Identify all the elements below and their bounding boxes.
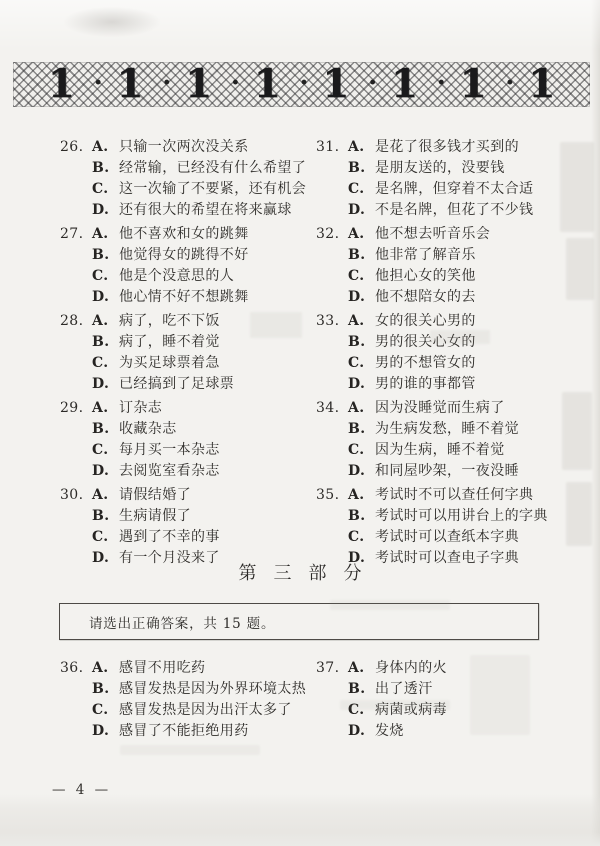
show-through-mark [566,238,594,300]
band-unit: 1 · [302,62,371,107]
question-number: 36. [60,658,92,679]
questions-top-section: 26. A. 只输一次两次没关系 B. 经常输，已经没有什么希望了 C. 这一次… [0,137,600,572]
option-label: A. [348,137,375,158]
option-text: 他担心女的笑他 [375,266,476,287]
option-label: D. [348,200,375,221]
option-text: 女的很关心男的 [375,311,476,332]
option-row: 37. A. 身体内的火 [316,658,600,679]
option-label: C. [92,353,119,374]
option-text: 他不喜欢和女的跳舞 [119,224,249,245]
option-text: 他非常了解音乐 [375,245,476,266]
question-number-spacer [60,200,92,221]
option-text: 男的不想管女的 [375,353,476,374]
question-number-spacer [316,506,348,527]
option-text: 他觉得女的跳得不好 [119,245,249,266]
option-label: B. [348,332,375,353]
option-row: 36. A. 感冒不用吃药 [60,658,300,679]
option-label: C. [92,179,119,200]
option-text: 经常输，已经没有什么希望了 [119,158,306,179]
option-label: B. [348,158,375,179]
option-row: C. 为买足球票着急 [60,353,300,374]
option-row: C. 因为生病，睡不着觉 [316,440,600,461]
question-number-spacer [60,527,92,548]
question-number-spacer [60,506,92,527]
option-text: 请假结婚了 [119,485,191,506]
part-three-heading: 第三部分 [0,559,600,585]
option-text: 他不想陪女的去 [375,287,476,308]
option-row: 34. A. 因为没睡觉而生病了 [316,398,600,419]
option-label: C. [348,266,375,287]
question-number-spacer [60,374,92,395]
band-unit: 1 · [27,62,96,107]
band-unit: 1 · [370,62,439,107]
question-column-right: 31. A. 是花了很多钱才买到的 B. 是朋友送的，没要钱 C. 是名牌，但穿… [300,137,600,572]
band-digit: 1 [185,65,212,104]
question-number-spacer [60,679,92,700]
option-row: B. 为生病发愁，睡不着觉 [316,419,600,440]
option-row: 35. A. 考试时不可以查任何字典 [316,485,600,506]
option-text: 考试时不可以查任何字典 [375,485,533,506]
question-number-spacer [60,158,92,179]
option-label: A. [348,398,375,419]
option-label: B. [92,679,119,700]
question-number-spacer [316,679,348,700]
option-row: D. 和同屋吵架，一夜没睡 [316,461,600,482]
option-label: B. [92,245,119,266]
band-digit: 1 [116,65,143,104]
header-number-band: 1 · 1 · 1 · 1 · 1 · 1 [13,62,590,107]
question-number: 30. [60,485,92,506]
option-text: 收藏杂志 [119,419,177,440]
option-row: D. 他不想陪女的去 [316,287,600,308]
option-row: C. 他是个没意思的人 [60,266,300,287]
option-row: C. 考试时可以查纸本字典 [316,527,600,548]
option-text: 不是名牌，但花了不少钱 [375,200,533,221]
show-through-mark [120,745,260,755]
question-block: 36. A. 感冒不用吃药 B. 感冒发热是因为外界环境太热 C. 感冒发热是因… [60,658,300,742]
show-through-mark [330,600,450,610]
option-label: A. [92,658,119,679]
option-row: B. 经常输，已经没有什么希望了 [60,158,300,179]
show-through-mark [566,482,592,546]
option-row: C. 男的不想管女的 [316,353,600,374]
option-label: C. [92,527,119,548]
question-number: 31. [316,137,348,158]
option-text: 病了，吃不下饭 [119,311,220,332]
option-row: C. 感冒发热是因为出汗太多了 [60,700,300,721]
option-row: D. 去阅览室看杂志 [60,461,300,482]
option-text: 只输一次两次没关系 [119,137,249,158]
option-label: B. [348,506,375,527]
option-row: C. 每月买一本杂志 [60,440,300,461]
band-unit: 1 · [96,62,165,107]
option-label: A. [348,658,375,679]
question-number-spacer [316,527,348,548]
option-label: C. [348,440,375,461]
option-text: 出了透汗 [375,679,433,700]
show-through-mark [340,700,450,710]
band-unit: 1 · [439,62,508,107]
option-row: B. 他非常了解音乐 [316,245,600,266]
option-row: D. 感冒了不能拒绝用药 [60,721,300,742]
option-label: B. [348,245,375,266]
option-label: A. [348,224,375,245]
question-number: 35. [316,485,348,506]
question-number-spacer [316,721,348,742]
option-label: A. [92,485,119,506]
question-number-spacer [316,287,348,308]
option-label: C. [92,440,119,461]
show-through-mark [430,330,490,344]
option-label: B. [92,419,119,440]
option-text: 和同屋吵架，一夜没睡 [375,461,519,482]
option-label: A. [348,485,375,506]
option-text: 为买足球票着急 [119,353,220,374]
question-number: 27. [60,224,92,245]
question-number: 33. [316,311,348,332]
option-row: B. 收藏杂志 [60,419,300,440]
band-digit: 1 [322,65,349,104]
option-label: C. [348,353,375,374]
question-number-spacer [316,353,348,374]
option-text: 感冒发热是因为出汗太多了 [119,700,292,721]
question-number: 29. [60,398,92,419]
option-row: D. 发烧 [316,721,600,742]
option-label: D. [92,721,119,742]
option-row: D. 男的谁的事都管 [316,374,600,395]
option-text: 每月买一本杂志 [119,440,220,461]
show-through-mark [470,655,530,735]
option-label: A. [92,311,119,332]
option-text: 是名牌，但穿着不太合适 [375,179,533,200]
option-text: 感冒发热是因为外界环境太热 [119,679,306,700]
option-row: D. 已经搞到了足球票 [60,374,300,395]
option-label: B. [348,679,375,700]
option-text: 他是个没意思的人 [119,266,234,287]
option-row: B. 生病请假了 [60,506,300,527]
question-block: 30. A. 请假结婚了 B. 生病请假了 C. 遇到了不幸的事 [60,485,300,569]
question-block: 26. A. 只输一次两次没关系 B. 经常输，已经没有什么希望了 C. 这一次… [60,137,300,221]
option-row: D. 他心情不好不想跳舞 [60,287,300,308]
option-text: 男的谁的事都管 [375,374,476,395]
option-text: 因为生病，睡不着觉 [375,440,505,461]
question-number-spacer [60,332,92,353]
option-row: C. 这一次输了不要紧，还有机会 [60,179,300,200]
option-label: D. [92,200,119,221]
option-text: 是花了很多钱才买到的 [375,137,519,158]
question-number-spacer [316,245,348,266]
option-text: 考试时可以查纸本字典 [375,527,519,548]
option-label: D. [348,461,375,482]
option-label: B. [92,506,119,527]
question-number-spacer [316,419,348,440]
question-column-left-bottom: 36. A. 感冒不用吃药 B. 感冒发热是因为外界环境太热 C. 感冒发热是因… [0,658,300,745]
question-number-spacer [316,461,348,482]
question-block: 27. A. 他不喜欢和女的跳舞 B. 他觉得女的跳得不好 C. 他是个没意思的… [60,224,300,308]
question-number: 34. [316,398,348,419]
option-label: A. [92,137,119,158]
option-label: D. [348,374,375,395]
question-number-spacer [60,461,92,482]
option-label: B. [92,332,119,353]
option-row: C. 遇到了不幸的事 [60,527,300,548]
question-number-spacer [60,245,92,266]
option-row: D. 还有很大的希望在将来赢球 [60,200,300,221]
question-block: 35. A. 考试时不可以查任何字典 B. 考试时可以用讲台上的字典 C. 考试… [316,485,600,569]
band-digit: 1 [459,65,486,104]
question-block: 34. A. 因为没睡觉而生病了 B. 为生病发愁，睡不着觉 C. 因为生病，睡… [316,398,600,482]
option-text: 生病请假了 [119,506,191,527]
option-text: 考试时可以用讲台上的字典 [375,506,548,527]
option-row: 30. A. 请假结婚了 [60,485,300,506]
scanned-test-page: 1 · 1 · 1 · 1 · 1 · 1 [0,0,600,846]
option-label: D. [92,374,119,395]
option-text: 是朋友送的，没要钱 [375,158,505,179]
show-through-mark [250,312,302,338]
option-label: B. [92,158,119,179]
option-row: 26. A. 只输一次两次没关系 [60,137,300,158]
option-row: B. 考试时可以用讲台上的字典 [316,506,600,527]
option-text: 去阅览室看杂志 [119,461,220,482]
question-block: 33. A. 女的很关心男的 B. 男的很关心女的 C. 男的不想管女的 [316,311,600,395]
question-number-spacer [316,158,348,179]
question-number-spacer [60,700,92,721]
option-text: 他不想去听音乐会 [375,224,490,245]
option-label: A. [348,311,375,332]
option-text: 已经搞到了足球票 [119,374,234,395]
question-block: 31. A. 是花了很多钱才买到的 B. 是朋友送的，没要钱 C. 是名牌，但穿… [316,137,600,221]
question-number: 37. [316,658,348,679]
question-number-spacer [60,419,92,440]
option-text: 身体内的火 [375,658,447,679]
question-number: 32. [316,224,348,245]
option-text: 发烧 [375,721,404,742]
question-number-spacer [60,287,92,308]
question-number: 28. [60,311,92,332]
option-label: D. [348,721,375,742]
option-row: 32. A. 他不想去听音乐会 [316,224,600,245]
option-row: C. 他担心女的笑他 [316,266,600,287]
question-block: 29. A. 订杂志 B. 收藏杂志 C. 每月买一本杂志 [60,398,300,482]
option-row: 33. A. 女的很关心男的 [316,311,600,332]
option-row: B. 是朋友送的，没要钱 [316,158,600,179]
option-row: B. 出了透汗 [316,679,600,700]
option-text: 还有很大的希望在将来赢球 [119,200,292,221]
question-number-spacer [316,200,348,221]
instruction-text: 请选出正确答案，共 15 题。 [89,612,275,632]
question-number-spacer [316,374,348,395]
option-text: 为生病发愁，睡不着觉 [375,419,519,440]
option-label: A. [92,398,119,419]
option-label: D. [348,287,375,308]
option-row: 27. A. 他不喜欢和女的跳舞 [60,224,300,245]
band-digit: 1 [48,65,75,104]
question-number-spacer [60,179,92,200]
question-block: 32. A. 他不想去听音乐会 B. 他非常了解音乐 C. 他担心女的笑他 [316,224,600,308]
question-number-spacer [316,266,348,287]
option-label: B. [348,419,375,440]
option-label: C. [92,266,119,287]
option-text: 感冒了不能拒绝用药 [119,721,249,742]
show-through-mark [560,142,594,232]
option-row: B. 感冒发热是因为外界环境太热 [60,679,300,700]
option-text: 他心情不好不想跳舞 [119,287,249,308]
band-digit: 1 [391,65,418,104]
band-unit: 1 · [233,62,302,107]
question-number-spacer [60,353,92,374]
page-number: — 4 — [52,782,111,798]
question-number-spacer [316,440,348,461]
option-text: 这一次输了不要紧，还有机会 [119,179,306,200]
instruction-box: 请选出正确答案，共 15 题。 [59,603,539,640]
question-number-spacer [316,332,348,353]
band-digit: 1 [528,65,555,104]
option-label: D. [92,287,119,308]
option-text: 订杂志 [119,398,162,419]
option-label: C. [348,527,375,548]
option-text: 感冒不用吃药 [119,658,205,679]
show-through-mark [562,392,592,470]
option-label: C. [348,179,375,200]
option-row: 29. A. 订杂志 [60,398,300,419]
option-row: 31. A. 是花了很多钱才买到的 [316,137,600,158]
option-row: D. 不是名牌，但花了不少钱 [316,200,600,221]
option-text: 病了，睡不着觉 [119,332,220,353]
option-row: B. 他觉得女的跳得不好 [60,245,300,266]
question-number-spacer [316,179,348,200]
band-unit: 1 · [164,62,233,107]
question-column-left: 26. A. 只输一次两次没关系 B. 经常输，已经没有什么希望了 C. 这一次… [0,137,300,572]
option-label: A. [92,224,119,245]
option-label: D. [92,461,119,482]
band-digit: 1 [254,65,281,104]
option-text: 因为没睡觉而生病了 [375,398,505,419]
question-number-spacer [60,440,92,461]
question-number-spacer [60,721,92,742]
option-text: 遇到了不幸的事 [119,527,220,548]
question-number-spacer [60,266,92,287]
option-label: C. [92,700,119,721]
question-number: 26. [60,137,92,158]
option-row: C. 是名牌，但穿着不太合适 [316,179,600,200]
band-unit: 1 · [507,62,576,107]
